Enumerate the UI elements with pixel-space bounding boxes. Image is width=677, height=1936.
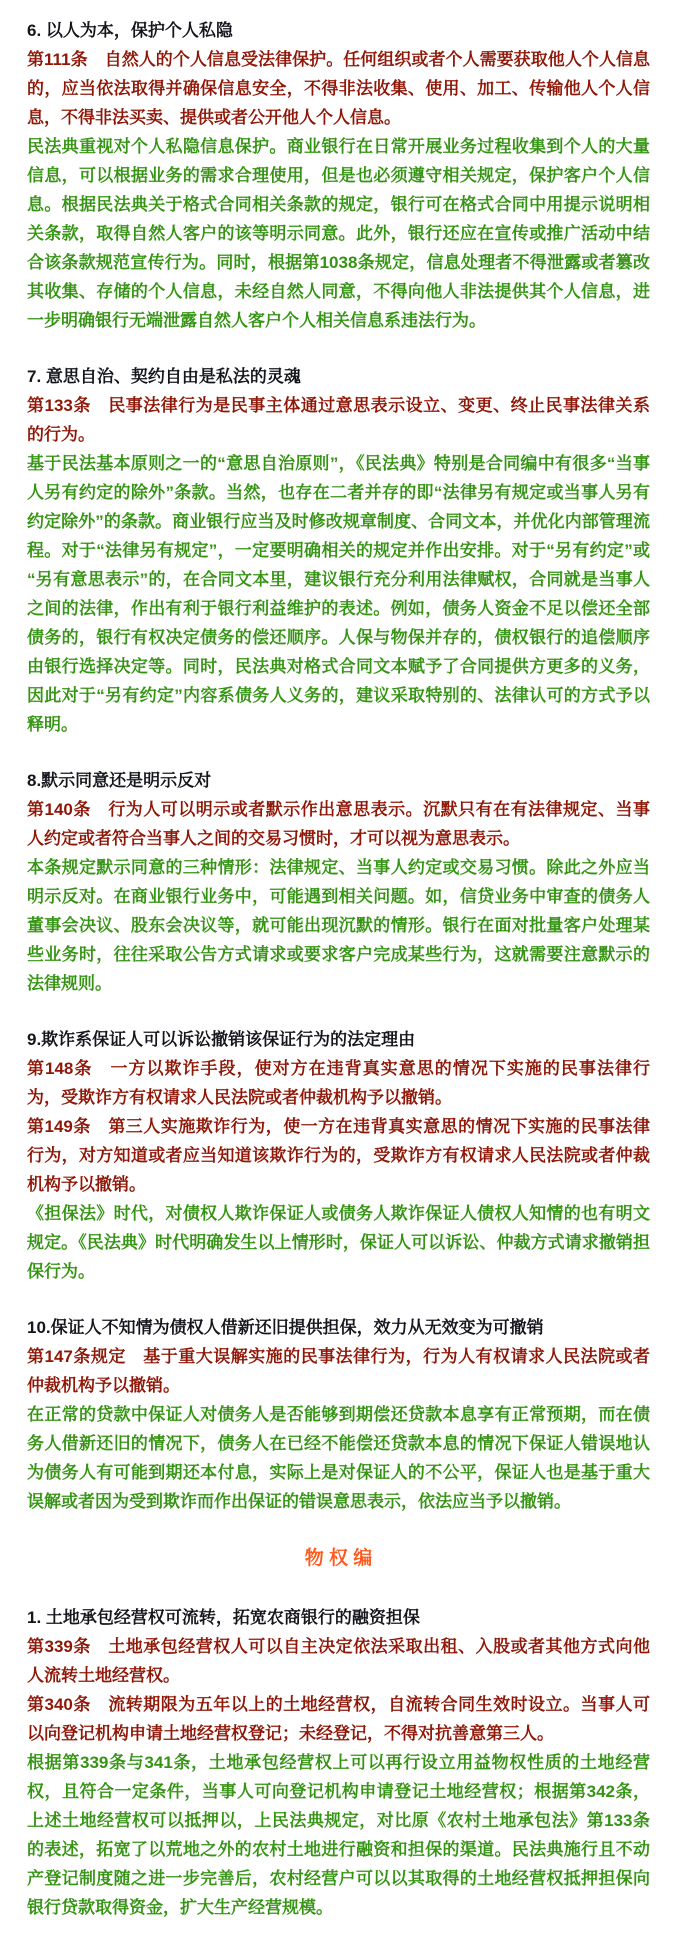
section-heading-1-property: 1. 土地承包经营权可流转，拓宽农商银行的融资担保 — [27, 1603, 650, 1632]
section-heading-7: 7. 意思自治、契约自由是私法的灵魂 — [27, 362, 650, 391]
commentary-section-6: 民法典重视对个人私隐信息保护。商业银行在日常开展业务过程收集到个人的大量信息，可… — [27, 132, 650, 335]
section-heading-9: 9.欺诈系保证人可以诉讼撤销该保证行为的法定理由 — [27, 1025, 650, 1054]
law-article-149: 第149条 第三人实施欺诈行为，使一方在违背真实意思的情况下实施的民事法律行为，… — [27, 1112, 650, 1199]
section-heading-10: 10.保证人不知情为债权人借新还旧提供担保，效力从无效变为可撤销 — [27, 1313, 650, 1342]
section-heading-8: 8.默示同意还是明示反对 — [27, 766, 650, 795]
law-article-148: 第148条 一方以欺诈手段，使对方在违背真实意思的情况下实施的民事法律行为，受欺… — [27, 1054, 650, 1112]
law-article-133: 第133条 民事法律行为是民事主体通过意思表示设立、变更、终止民事法律关系的行为… — [27, 391, 650, 449]
law-article-111: 第111条 自然人的个人信息受法律保护。任何组织或者个人需要获取他人个人信息的，… — [27, 45, 650, 132]
section-heading-6: 6. 以人为本，保护个人私隐 — [27, 16, 650, 45]
law-article-147: 第147条规定 基于重大误解实施的民事法律行为，行为人有权请求人民法院或者仲裁机… — [27, 1342, 650, 1400]
commentary-section-9: 《担保法》时代，对债权人欺诈保证人或债务人欺诈保证人债权人知情的也有明文规定。《… — [27, 1199, 650, 1286]
commentary-section-8: 本条规定默示同意的三种情形：法律规定、当事人约定或交易习惯。除此之外应当明示反对… — [27, 853, 650, 998]
law-article-340: 第340条 流转期限为五年以上的土地经营权，自流转合同生效时设立。当事人可以向登… — [27, 1690, 650, 1748]
commentary-section-7: 基于民法基本原则之一的“意思自治原则”，《民法典》特别是合同编中有很多“当事人另… — [27, 449, 650, 739]
law-article-339: 第339条 土地承包经营权人可以自主决定依法采取出租、入股或者其他方式向他人流转… — [27, 1632, 650, 1690]
commentary-section-10: 在正常的贷款中保证人对债务人是否能够到期偿还贷款本息享有正常预期，而在债务人借新… — [27, 1400, 650, 1516]
part-title-property-rights: 物 权 编 — [27, 1544, 650, 1573]
law-article-140: 第140条 行为人可以明示或者默示作出意思表示。沉默只有在有法律规定、当事人约定… — [27, 795, 650, 853]
commentary-section-1-property: 根据第339条与341条，土地承包经营权上可以再行设立用益物权性质的土地经营权，… — [27, 1748, 650, 1922]
article-page: 6. 以人为本，保护个人私隐 第111条 自然人的个人信息受法律保护。任何组织或… — [0, 0, 677, 1936]
